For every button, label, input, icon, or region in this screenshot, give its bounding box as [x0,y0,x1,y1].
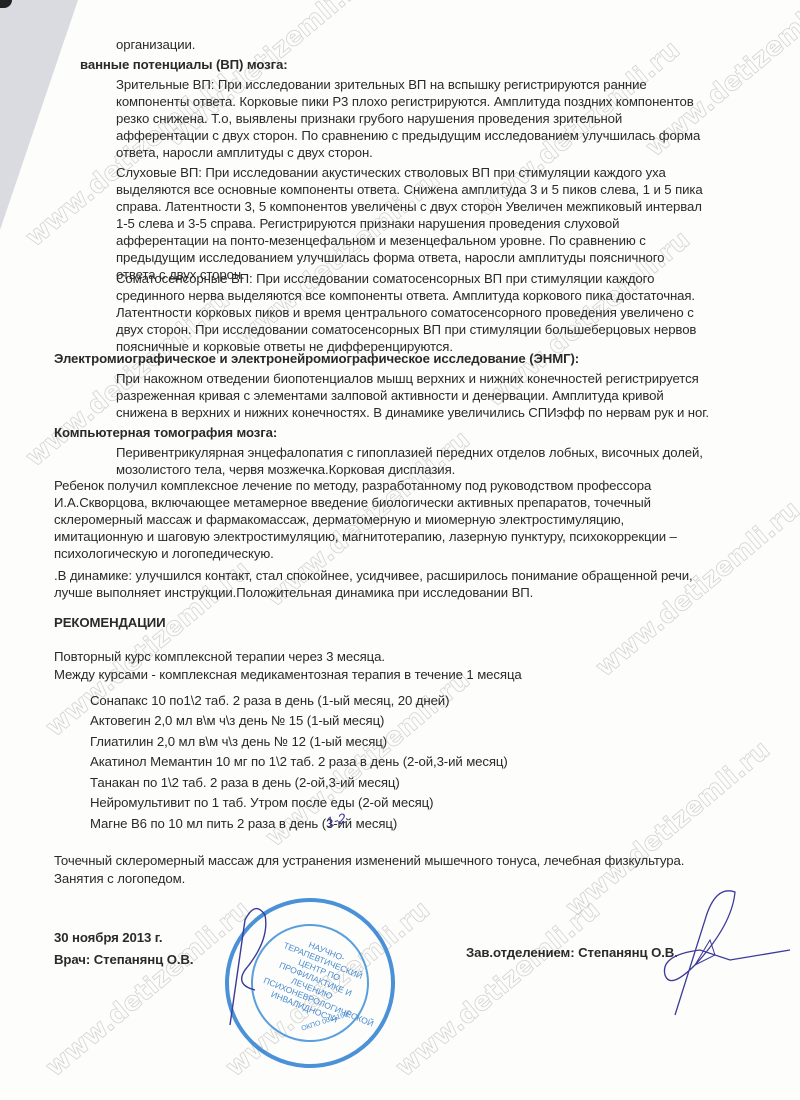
section-heading-ct: Компьютерная томография мозга: [54,424,277,441]
medication-item: Сонапакс 10 по1\2 таб. 2 раза в день (1-… [90,692,449,709]
paragraph-line: резко снижена. Т.о, выявлены признаки гр… [116,110,622,127]
paragraph-line: предыдущим исследованием улучшилась форм… [116,249,664,266]
document-date: 30 ноября 2013 г. [54,929,162,946]
recommendations-heading: РЕКОМЕНДАЦИИ [54,614,166,631]
section-heading-evoked-potentials: ванные потенциалы (ВП) мозга: [80,56,288,73]
paragraph-line: склеромерный массаж и фармакомассаж, дер… [54,511,624,528]
paragraph-line: Ребенок получил комплексное лечение по м… [54,477,651,494]
paragraph-line: имитационную и шаговую электростимуляцию… [54,528,677,545]
paragraph-line: компоненты ответа. Корковые пики Р3 плох… [116,93,694,110]
paragraph-line: Зрительные ВП: При исследовании зрительн… [116,76,647,93]
section-heading-enmg: Электромиографическое и электронейромиог… [54,350,579,367]
paragraph-line: двух сторон. При исследовании соматосенс… [116,321,696,338]
paragraph-line: И.А.Скворцова, включающее метамерное вве… [54,494,651,511]
head-signature-icon [640,880,800,1020]
medication-item: Магне В6 по 10 мл пить 2 раза в день (3-… [90,815,397,832]
paragraph-line: Перивентрикулярная энцефалопатия с гипоп… [116,444,703,461]
paragraph-line: 1-5 слева и 3-5 справа. Регистрируются п… [116,215,619,232]
paragraph-line: Соматосенсорные ВП: При исследовании сом… [116,270,654,287]
paragraph-line: Слуховые ВП: При исследовании акустическ… [116,164,666,181]
paragraph-line: Между курсами - комплексная медикаментоз… [54,666,522,683]
medication-item: Акатинол Мемантин 10 мг по 1\2 таб. 2 ра… [90,753,508,770]
paragraph-line: Латентности корковых пиков и время центр… [116,304,694,321]
paragraph-line: Занятия с логопедом. [54,870,185,887]
paragraph-line: При накожном отведении биопотенциалов мы… [116,370,699,387]
paragraph-line: Точечный склеромерный массаж для устране… [54,852,684,869]
watermark: www.detizemli.ru [390,895,606,1083]
paragraph-line: мозолистого тела, червя мозжечка.Коркова… [116,461,455,478]
paragraph-line: психологическую и логопедическую. [54,545,274,562]
paragraph-line: афферентации с двух сторон. По сравнению… [116,127,700,144]
fragment-text: организации. [116,36,195,53]
paragraph-line: срединного нерва выделяются все компонен… [116,287,695,304]
paragraph-line: Повторный курс комплексной терапии через… [54,648,385,665]
medication-item: Глиатилин 2,0 мл в\м ч\з день № 12 (1-ый… [90,733,387,750]
paragraph-line: лучше выполняет инструкции.Положительная… [54,584,533,601]
paragraph-line: афферентации на понто-мезенцефальном и м… [116,232,646,249]
doctor-signature-line: Врач: Степанянц О.В. [54,951,193,968]
medication-item: Нейромультивит по 1 таб. Утром после еды… [90,794,433,811]
doctor-signature-icon [210,900,290,1030]
page-fold [0,0,78,230]
paragraph-line: разреженная кривая с элементами залповой… [116,387,664,404]
paragraph-line: справа. Латентности 3, 5 компонентов уве… [116,198,702,215]
paragraph-line: .В динамике: улучшился контакт, стал спо… [54,567,693,584]
medication-item: Актовегин 2,0 мл в\м ч\з день № 15 (1-ый… [90,712,384,729]
medication-item: Танакан по 1\2 таб. 2 раза в день (2-ой,… [90,774,400,791]
paragraph-line: снижена в верхних и нижних конечностях. … [116,404,709,421]
paragraph-line: ответа, наросли амплитуды с двух сторон. [116,144,373,161]
paragraph-line: выделяются все основные компоненты ответ… [116,181,703,198]
